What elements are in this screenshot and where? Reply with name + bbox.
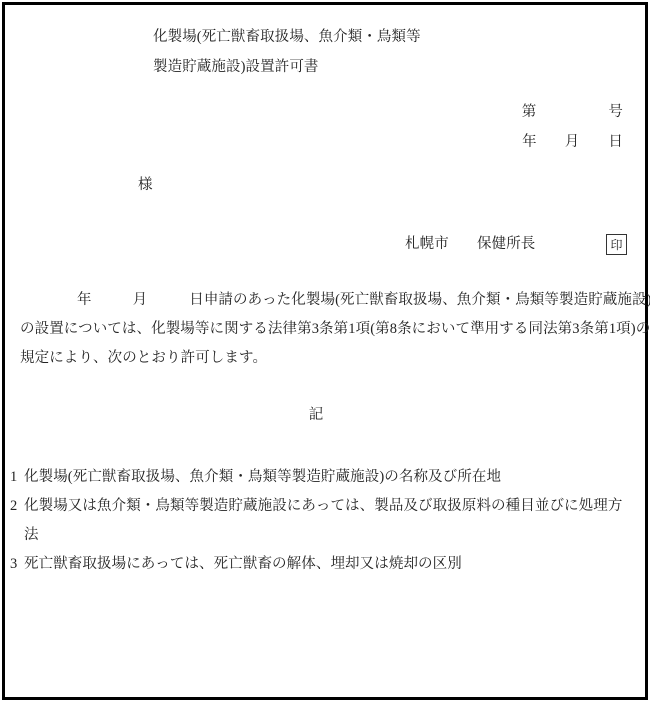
addressee-honorific: 様 bbox=[138, 171, 153, 200]
document-title-line2: 製造貯蔵施設)設置許可書 bbox=[153, 52, 421, 82]
list-item-3-number: 3 bbox=[10, 550, 24, 579]
date-year-label: 年 bbox=[522, 134, 537, 150]
list-item-2-text: 化製場又は魚介類・鳥類等製造貯蔵施設にあっては、製品及び取扱原料の種目並びに処理… bbox=[24, 492, 644, 550]
body-line2: の設置については、化製場等に関する法律第3条第1項(第8条において準用する同法第… bbox=[20, 315, 644, 344]
list-item-2-line2: 法 bbox=[24, 521, 644, 550]
list-item-1-line1: 化製場(死亡獣畜取扱場、魚介類・鳥類等製造貯蔵施設)の名称及び所在地 bbox=[24, 463, 644, 492]
document-number-line: 第号 bbox=[522, 98, 623, 127]
body-blank-month: 月 bbox=[133, 292, 148, 308]
seal-box: 印 bbox=[606, 234, 627, 255]
document-number-prefix: 第 bbox=[522, 104, 537, 120]
item-list: 1 化製場(死亡獣畜取扱場、魚介類・鳥類等製造貯蔵施設)の名称及び所在地 2 化… bbox=[10, 463, 644, 579]
document-date-line: 年月日 bbox=[522, 128, 623, 157]
list-item-3-line1: 死亡獣畜取扱場にあっては、死亡獣畜の解体、埋却又は焼却の区別 bbox=[24, 550, 644, 579]
document-title-line1: 化製場(死亡獣畜取扱場、魚介類・鳥類等 bbox=[153, 22, 421, 52]
list-item-3: 3 死亡獣畜取扱場にあっては、死亡獣畜の解体、埋却又は焼却の区別 bbox=[10, 550, 644, 579]
permit-document-page: 化製場(死亡獣畜取扱場、魚介類・鳥類等 製造貯蔵施設)設置許可書 第号 年月日 … bbox=[0, 0, 650, 702]
document-number-suffix: 号 bbox=[608, 104, 623, 120]
body-line1: 年月日申請のあった化製場(死亡獣畜取扱場、魚介類・鳥類等製造貯蔵施設) bbox=[20, 286, 644, 315]
list-item-1-text: 化製場(死亡獣畜取扱場、魚介類・鳥類等製造貯蔵施設)の名称及び所在地 bbox=[24, 463, 644, 492]
list-item-2-number: 2 bbox=[10, 492, 24, 521]
body-line1-rest: 日申請のあった化製場(死亡獣畜取扱場、魚介類・鳥類等製造貯蔵施設) bbox=[189, 292, 650, 308]
seal-label: 印 bbox=[610, 239, 622, 251]
date-day-label: 日 bbox=[608, 134, 623, 150]
list-item-2: 2 化製場又は魚介類・鳥類等製造貯蔵施設にあっては、製品及び取扱原料の種目並びに… bbox=[10, 492, 644, 550]
issuer-title: 保健所長 bbox=[477, 230, 535, 259]
document-title: 化製場(死亡獣畜取扱場、魚介類・鳥類等 製造貯蔵施設)設置許可書 bbox=[153, 22, 421, 82]
list-item-1-number: 1 bbox=[10, 463, 24, 492]
body-paragraph: 年月日申請のあった化製場(死亡獣畜取扱場、魚介類・鳥類等製造貯蔵施設) の設置に… bbox=[20, 286, 644, 373]
record-heading: 記 bbox=[0, 401, 632, 430]
issuer-organization: 札幌市 bbox=[405, 230, 449, 259]
date-month-label: 月 bbox=[565, 134, 580, 150]
list-item-3-text: 死亡獣畜取扱場にあっては、死亡獣畜の解体、埋却又は焼却の区別 bbox=[24, 550, 644, 579]
list-item-2-line1: 化製場又は魚介類・鳥類等製造貯蔵施設にあっては、製品及び取扱原料の種目並びに処理… bbox=[24, 492, 644, 521]
list-item-1: 1 化製場(死亡獣畜取扱場、魚介類・鳥類等製造貯蔵施設)の名称及び所在地 bbox=[10, 463, 644, 492]
body-line3: 規定により、次のとおり許可します。 bbox=[20, 344, 644, 373]
body-blank-year: 年 bbox=[77, 292, 92, 308]
